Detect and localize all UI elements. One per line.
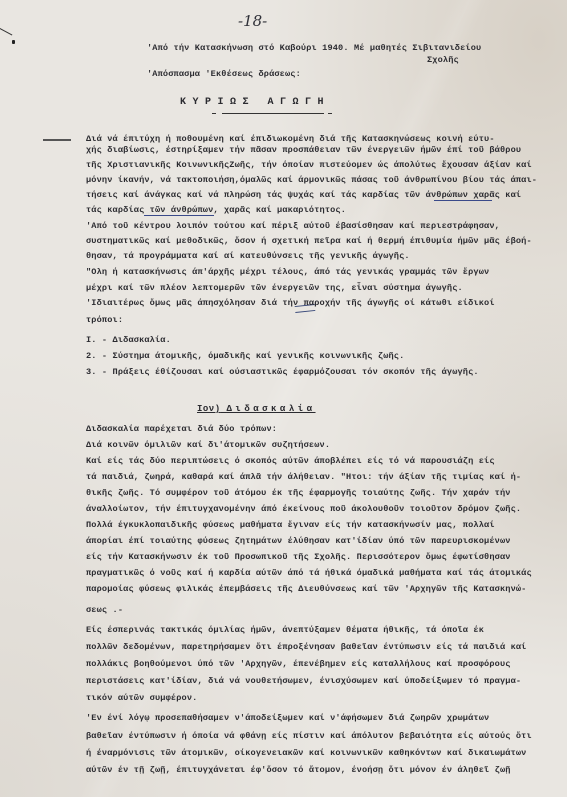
body-line: τῆς Χριστιανικῆς ΚοινωνικῆςΖωῆς, τήν όπο…	[86, 160, 532, 171]
section-line: τά παιδιά, ζωηρά, καθαρά καί άπλᾶ τήν άλ…	[86, 472, 521, 483]
body-line: 'Από τοῦ κέντρου λοιπόν τούτου καί πέριξ…	[86, 221, 500, 232]
section-line: πολλῶν δεδομένων, παρετηρήσαμεν ὅτι έπρο…	[86, 642, 527, 653]
body-line: μόνην ίκανήν, νά τακτοποιήση,όμαλῶς καί …	[86, 175, 537, 186]
section-line: Καί είς τάς δύο περιπτώσεις ό σκοπός αύτ…	[86, 456, 495, 467]
section-line: άπορίαι έπί τοιαύτης φύσεως ζητημάτων έλ…	[86, 536, 511, 547]
body-line: 'Ιδιαιτέρως ὅμως μᾶς άπησχόλησαν διά τήν…	[86, 298, 495, 309]
header-line-1: 'Από τήν Κατασκήνωση στό Καβούρι 1940. Μ…	[147, 43, 481, 54]
section-line: θικῆς ζωῆς. Τό συμφέρον τοῦ άτόμου έκ τῆ…	[86, 488, 511, 499]
section-line: σεως .-	[86, 605, 123, 616]
section-heading: Ιον) Διδασκαλία	[197, 404, 316, 414]
section-title: Διδασκαλία	[227, 404, 316, 414]
body-line: θησαν, τά προγράμματα καί αί κατευθύνσει…	[86, 251, 410, 262]
body-line: τρόποι:	[86, 315, 123, 326]
section-line: αύτῶν έν τῇ ζωῇ, έπιτυγχάνεται έφ'ὅσον τ…	[86, 765, 511, 776]
body-line: μέχρι καί τῶν πλέον λεπτομερῶν τῶν ένεργ…	[86, 283, 463, 294]
pen-underline-mark	[434, 200, 492, 201]
header-line-3: 'Απόσπασμα 'Εκθέσεως δράσεως:	[147, 69, 301, 80]
corner-ink-dot	[12, 40, 15, 44]
section-line: είς τήν Κατασκήνωσιν έκ τοῦ Προσωπικοῦ τ…	[86, 552, 511, 563]
title-dash-left	[212, 113, 216, 114]
corner-pen-mark	[0, 28, 12, 48]
document-title: ΚΥΡΙΩΣ ΑΓΩΓΗ	[180, 97, 330, 108]
section-line: Είς έσπερινάς τακτικάς όμιλίας ήμῶν, άνε…	[86, 625, 484, 636]
pen-underline-mark	[144, 215, 214, 216]
body-line: συστηματικῶς καί μεθοδικῶς, ὅσον ή σχετι…	[86, 236, 532, 247]
body-line: τάς καρδίας τῶν άνθρώπων, χαρᾶς καί μακα…	[86, 205, 346, 216]
list-item: 2. - Σύστημα άτομικῆς, όμαδικῆς καί γενι…	[86, 351, 404, 362]
list-item: 3. - Πράξεις έθίζουσαι καί ούσιαστικῶς έ…	[86, 367, 479, 378]
section-line: ή έναρμόνισις τῶν άτομικῶν, οίκογενειακῶ…	[86, 748, 527, 759]
section-line: άναλλοίωτον, τήν έπιτυγχανομένην άπό έκε…	[86, 504, 521, 515]
section-line: τικόν αύτῶν συμφέρον.	[86, 693, 197, 704]
section-line: Διά κοινῶν όμιλιῶν καί δι'άτομικῶν συζητ…	[86, 440, 330, 451]
body-line: χής διαβίωσις, έστηρίξαμεν τήν πᾶσαν προ…	[86, 145, 521, 156]
section-number: Ιον)	[197, 404, 221, 414]
section-line: περιστάσεις κατ'ίδίαν, διά νά νουθετήσωμ…	[86, 676, 521, 687]
title-dash-right	[328, 113, 332, 114]
page-number: -18-	[238, 12, 267, 30]
header-line-2: Σχολῆς	[427, 55, 459, 66]
section-line: 'Εν ένί λόγῳ προσεπαθήσαμεν ν'άποδείξωμε…	[86, 713, 489, 724]
title-underline	[222, 113, 324, 114]
section-line: βαθεῖαν έντύπωσιν ή όποία νά φθάνῃ είς π…	[86, 731, 532, 742]
section-line: πολλάκις βοηθούμενοι ύπό τῶν 'Αρχηγῶν, έ…	[86, 659, 511, 670]
section-line: πραγματικῶς ό νοῦς καί ή καρδία αύτῶν άπ…	[86, 568, 532, 579]
section-line: Πολλά έγκυκλοπαιδικῆς φύσεως μαθήματα ἔγ…	[86, 520, 495, 531]
scanned-document-page: -18- 'Από τήν Κατασκήνωση στό Καβούρι 19…	[0, 0, 567, 797]
body-line: Διά νά έπιτύχη ή ποθουμένη καί έπιδιωκομ…	[86, 134, 495, 145]
body-line: "Ολη ή κατασκήνωσις άπ'άρχῆς μέχρι τέλου…	[86, 267, 489, 278]
section-line: Διδασκαλία παρέχεται διά δύο τρόπων:	[86, 424, 277, 435]
section-line: παρομοίας φύσεως φιλικάς έπεμβάσεις τῆς …	[86, 584, 527, 595]
list-item: Ι. - Διδασκαλία.	[86, 335, 171, 346]
margin-mark	[43, 139, 71, 141]
